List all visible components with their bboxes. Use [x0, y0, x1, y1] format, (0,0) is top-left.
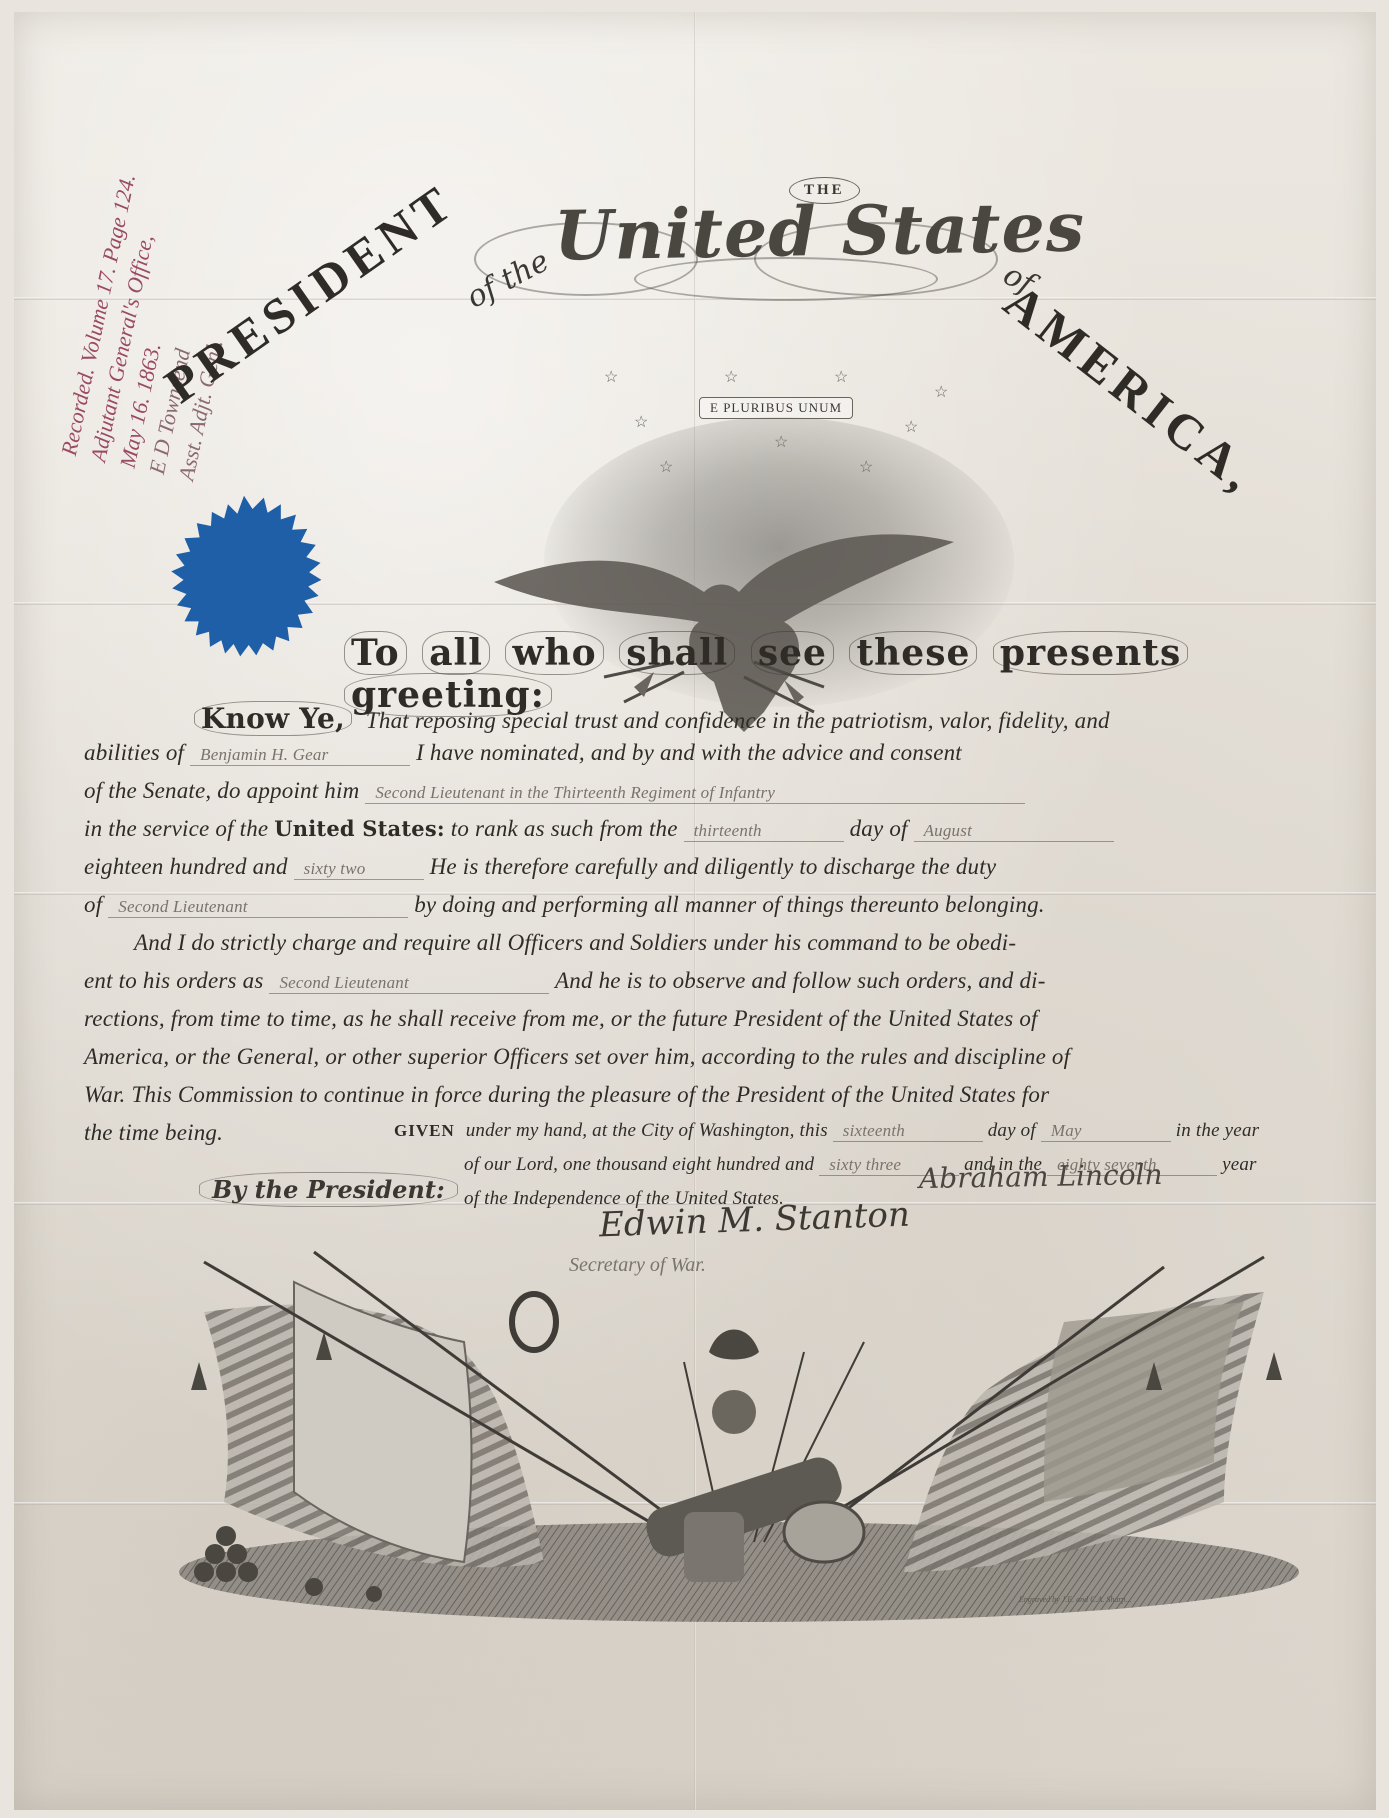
motto-banner: E PLURIBUS UNUM: [699, 397, 853, 419]
body-text: in the year: [1176, 1120, 1259, 1141]
greeting-word: see: [751, 631, 834, 675]
by-the-president-label: By the President:: [199, 1172, 458, 1207]
duty-rank-field: Second Lieutenant: [108, 897, 408, 918]
body-text: And he is to observe and follow such ord…: [555, 968, 1046, 993]
blue-seal-icon: [149, 492, 339, 662]
orders-rank-field: Second Lieutenant: [269, 973, 549, 994]
greeting-word: who: [505, 631, 603, 675]
greeting-word: all: [422, 631, 490, 675]
body-text: the time being.: [84, 1120, 223, 1145]
body-text: I have nominated, and by and with the ad…: [416, 740, 962, 765]
given-month-field: May: [1041, 1121, 1171, 1142]
rank-month-field: August: [914, 821, 1114, 842]
commission-document: Recorded. Volume 17. Page 124. Adjutant …: [14, 12, 1376, 1810]
given-heading: GIVEN: [394, 1121, 455, 1140]
rank-day-field: thirteenth: [684, 821, 844, 842]
title-president: PRESIDENT: [154, 172, 466, 415]
appointment-field: Second Lieutenant in the Thirteenth Regi…: [365, 783, 1025, 804]
president-signature: Abraham Lincoln: [919, 1158, 1163, 1195]
body-text: year: [1222, 1154, 1257, 1175]
body-text: in the service of the: [84, 816, 268, 841]
body-text: day of: [988, 1120, 1036, 1141]
united-states-blackletter: United States:: [274, 816, 445, 841]
greeting-word: presents: [993, 631, 1188, 675]
body-text: of the Senate, do appoint him: [84, 778, 359, 803]
title-america: AMERICA,: [993, 272, 1269, 505]
star-icon: ☆: [604, 367, 618, 387]
star-icon: ☆: [834, 367, 848, 387]
star-icon: ☆: [774, 432, 788, 452]
greeting-word: To: [344, 631, 407, 675]
know-ye-heading: Know Ye,: [194, 701, 352, 736]
body-text: by doing and performing all manner of th…: [414, 892, 1045, 917]
star-icon: ☆: [859, 457, 873, 477]
body-text: rections, from time to time, as he shall…: [84, 1006, 1038, 1031]
star-icon: ☆: [904, 417, 918, 437]
star-icon: ☆: [724, 367, 738, 387]
greeting-word: shall: [619, 631, 735, 675]
document-title: THE United States of the of PRESIDENT AM…: [134, 152, 1264, 512]
rank-year-field: sixty two: [294, 859, 424, 880]
body-text: day of: [850, 816, 908, 841]
body-text: He is therefore carefully and diligently…: [430, 854, 997, 879]
body-text: abilities of: [84, 740, 184, 765]
military-trophy-engraving-icon: [164, 1242, 1314, 1622]
body-text: America, or the General, or other superi…: [84, 1044, 1070, 1069]
star-icon: ☆: [634, 412, 648, 432]
body-text: War. This Commission to continue in forc…: [84, 1082, 1049, 1107]
body-text: eighteen hundred and: [84, 854, 288, 879]
star-icon: ☆: [934, 382, 948, 402]
body-text: of our Lord, one thousand eight hundred …: [464, 1154, 814, 1175]
given-day-field: sixteenth: [833, 1121, 983, 1142]
body-text: under my hand, at the City of Washington…: [466, 1120, 828, 1141]
star-icon: ☆: [659, 457, 673, 477]
body-text: to rank as such from the: [451, 816, 678, 841]
body-text: of: [84, 892, 102, 917]
body-text: And I do strictly charge and require all…: [134, 930, 1016, 955]
body-text: ent to his orders as: [84, 968, 264, 993]
greeting-word: these: [849, 631, 977, 675]
engraver-credit: Engraved by J.E. and C.A. Sharp...: [1019, 1595, 1131, 1604]
appointee-name-field: Benjamin H. Gear: [190, 745, 410, 766]
body-text: That reposing special trust and confiden…: [366, 708, 1110, 733]
title-united-states: United States: [553, 187, 1085, 276]
